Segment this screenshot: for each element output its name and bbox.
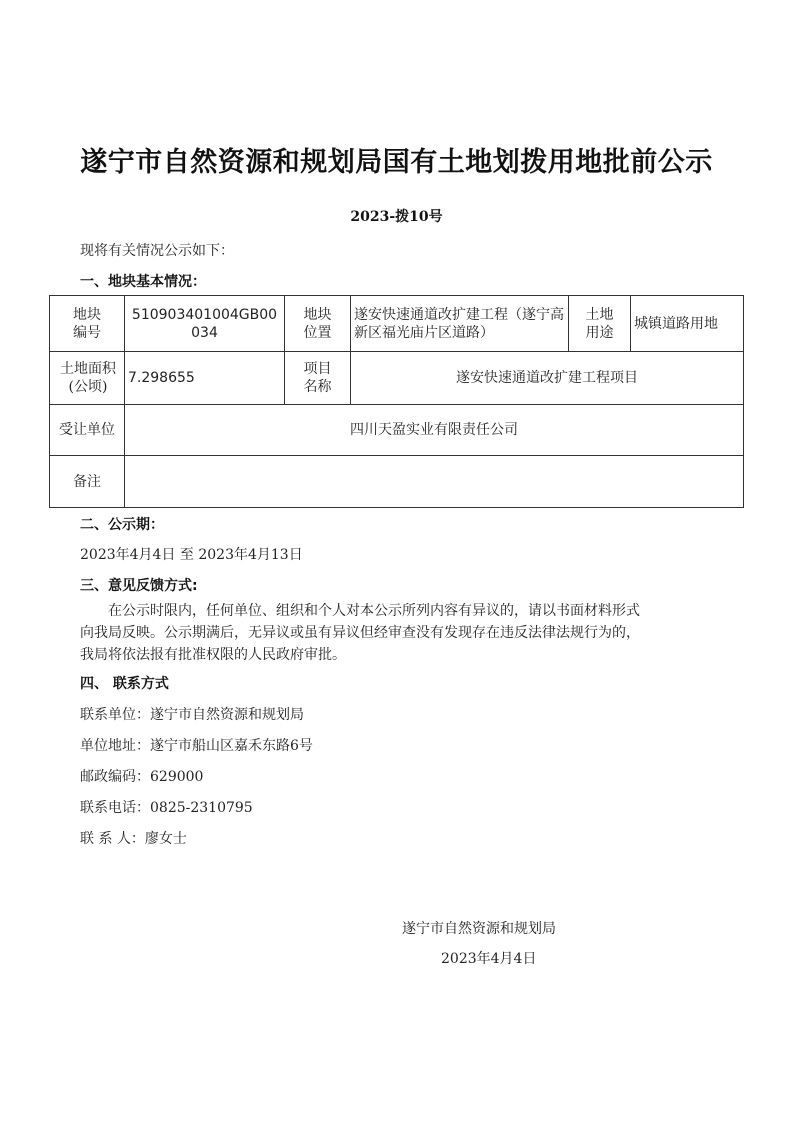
area-value: 7.298655 <box>125 352 285 405</box>
contact-unit: 联系单位：遂宁市自然资源和规划局 <box>80 704 304 724</box>
intro-text: 现将有关情况公示如下： <box>80 240 234 260</box>
table-row: 地块编号 510903401004GB00034 地块位置 遂安快速通道改扩建工… <box>50 296 744 352</box>
contact-postcode: 邮政编码：629000 <box>80 766 203 786</box>
document-number: 2023-拨10号 <box>0 206 793 226</box>
table-row: 土地面积(公顷) 7.298655 项目名称 遂安快速通道改扩建工程项目 <box>50 352 744 405</box>
parcel-info-table: 地块编号 510903401004GB00034 地块位置 遂安快速通道改扩建工… <box>49 295 744 508</box>
notice-period: 2023年4月4日 至 2023年4月13日 <box>80 544 303 564</box>
contact-address: 单位地址：遂宁市船山区嘉禾东路6号 <box>80 735 313 755</box>
contact-person: 联 系 人：廖女士 <box>80 828 187 848</box>
remarks-value <box>125 456 744 508</box>
label-area: 土地面积(公顷) <box>50 352 125 405</box>
assignee-value: 四川天盈实业有限责任公司 <box>125 405 744 456</box>
location-value: 遂安快速通道改扩建工程（遂宁高新区福光庙片区道路） <box>351 296 569 352</box>
section1-heading: 一、地块基本情况： <box>80 271 206 291</box>
signature-org: 遂宁市自然资源和规划局 <box>402 918 556 938</box>
label-land-use: 土地用途 <box>569 296 631 352</box>
document-title: 遂宁市自然资源和规划局国有土地划拨用地批前公示 <box>0 140 793 179</box>
table-row: 备注 <box>50 456 744 508</box>
signature-date: 2023年4月4日 <box>441 948 536 968</box>
label-remarks: 备注 <box>50 456 125 508</box>
table-row: 受让单位 四川天盈实业有限责任公司 <box>50 405 744 456</box>
parcel-no-value: 510903401004GB00034 <box>125 296 285 352</box>
section3-heading: 三、意见反馈方式: <box>80 575 198 595</box>
contact-phone: 联系电话：0825-2310795 <box>80 797 253 817</box>
label-parcel-no: 地块编号 <box>50 296 125 352</box>
section2-heading: 二、公示期： <box>80 514 164 534</box>
feedback-paragraph: 在公示时限内，任何单位、组织和个人对本公示所列内容有异议的，请以书面材料形式 向… <box>80 600 740 666</box>
label-project: 项目名称 <box>285 352 351 405</box>
section4-heading: 四、 联系方式 <box>80 673 169 693</box>
land-use-value: 城镇道路用地 <box>631 296 744 352</box>
label-assignee: 受让单位 <box>50 405 125 456</box>
project-value: 遂安快速通道改扩建工程项目 <box>351 352 744 405</box>
label-location: 地块位置 <box>285 296 351 352</box>
